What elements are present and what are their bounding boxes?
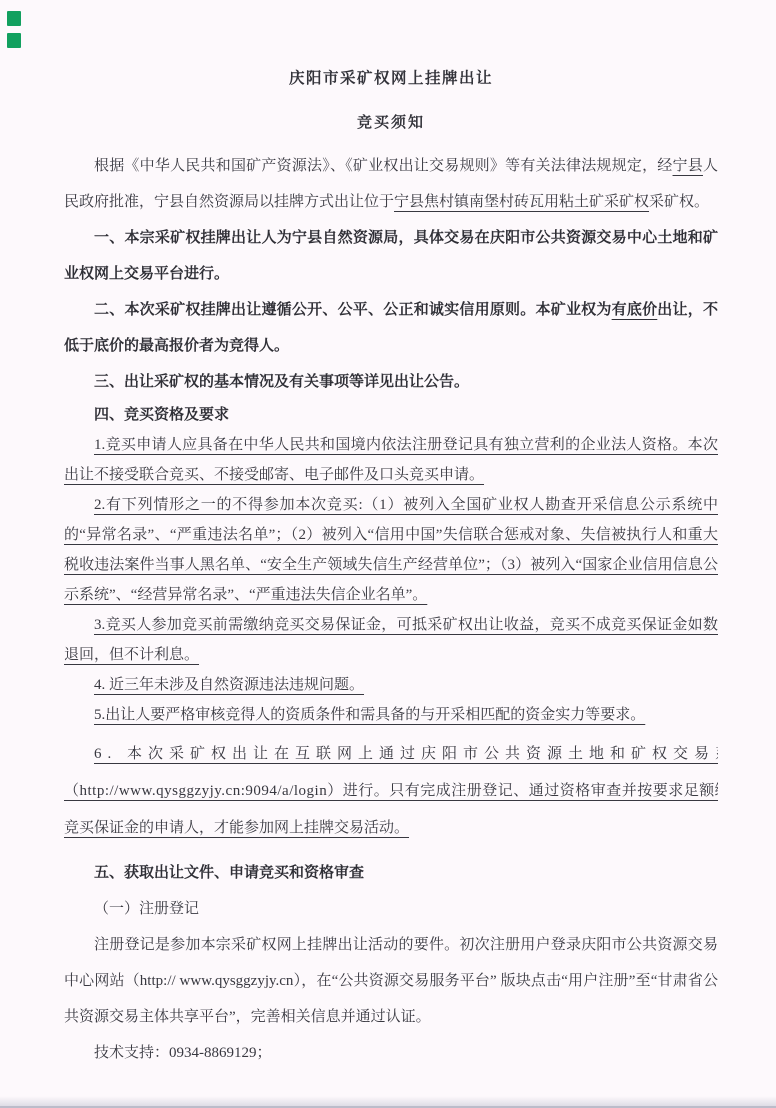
tech-support-line: 技术支持：0934-8869129； bbox=[64, 1035, 718, 1071]
requirement-6-line-3: 竞买保证金的申请人，才能参加网上挂牌交易活动。 bbox=[64, 810, 718, 847]
underline-approving-county: 宁县 bbox=[673, 158, 703, 174]
requirement-2-text: 2.有下列情形之一的不得参加本次竞买:（1）被列入全国矿业权人勘查开采信息公示系… bbox=[64, 497, 718, 603]
requirement-3: 3.竞买人参加竞买前需缴纳竞买交易保证金，可抵采矿权出让收益，竞买不成竞买保证金… bbox=[64, 610, 718, 670]
requirement-5: 5.出让人要严格审核竞得人的资质条件和需具备的与开采相匹配的资金实力等要求。 bbox=[64, 700, 718, 730]
green-corner-mark-icon bbox=[7, 11, 21, 26]
requirement-6-line-1-text: 6. 本次采矿权出让在互联网上通过庆阳市公共资源土地和矿权交易系统 bbox=[94, 746, 718, 762]
requirement-4-text: 4. 近三年未涉及自然资源违法违规问题。 bbox=[94, 677, 364, 693]
requirement-1: 1.竞买申请人应具备在中华人民共和国境内依法注册登记具有独立营利的企业法人资格。… bbox=[64, 430, 718, 490]
requirement-6-line-3-text: 竞买保证金的申请人，才能参加网上挂牌交易活动。 bbox=[64, 820, 409, 836]
requirement-5-text: 5.出让人要严格审核竞得人的资质条件和需具备的与开采相匹配的资金实力等要求。 bbox=[94, 707, 645, 723]
requirement-6-line-1: 6. 本次采矿权出让在互联网上通过庆阳市公共资源土地和矿权交易系统 bbox=[64, 736, 718, 773]
scan-bottom-edge bbox=[0, 1096, 776, 1108]
section-4-heading: 四、竞买资格及要求 bbox=[64, 400, 718, 430]
section-5-heading: 五、获取出让文件、申请竞买和资格审查 bbox=[64, 855, 718, 891]
registration-paragraph: 注册登记是参加本宗采矿权网上挂牌出让活动的要件。初次注册用户登录庆阳市公共资源交… bbox=[64, 927, 718, 1035]
document-title: 庆阳市采矿权网上挂牌出让 bbox=[64, 68, 718, 90]
requirement-2: 2.有下列情形之一的不得参加本次竞买:（1）被列入全国矿业权人勘查开采信息公示系… bbox=[64, 490, 718, 610]
green-corner-mark-icon bbox=[7, 33, 21, 48]
document-subtitle: 竞买须知 bbox=[64, 112, 718, 134]
requirement-6-line-2-text: （http://www.qysggzyjy.cn:9094/a/login）进行… bbox=[64, 783, 718, 799]
intro-text-3: 采矿权。 bbox=[649, 194, 709, 210]
requirement-3-text: 3.竞买人参加竞买前需缴纳竞买交易保证金，可抵采矿权出让收益，竞买不成竞买保证金… bbox=[64, 617, 718, 663]
requirement-6: 6. 本次采矿权出让在互联网上通过庆阳市公共资源土地和矿权交易系统（http:/… bbox=[64, 736, 718, 847]
intro-text-1: 根据《中华人民共和国矿产资源法》、《矿业权出让交易规则》等有关法律法规规定，经 bbox=[94, 158, 673, 174]
document-page: 庆阳市采矿权网上挂牌出让 竞买须知 根据《中华人民共和国矿产资源法》、《矿业权出… bbox=[0, 0, 776, 1108]
intro-paragraph: 根据《中华人民共和国矿产资源法》、《矿业权出让交易规则》等有关法律法规规定，经宁… bbox=[64, 148, 718, 220]
requirement-4: 4. 近三年未涉及自然资源违法违规问题。 bbox=[64, 670, 718, 700]
clause-2-text-1: 二、本次采矿权挂牌出让遵循公开、公平、公正和诚实信用原则。本矿业权为 bbox=[94, 302, 612, 318]
clause-2-paragraph: 二、本次采矿权挂牌出让遵循公开、公平、公正和诚实信用原则。本矿业权为有底价出让，… bbox=[64, 292, 718, 364]
requirement-6-line-2: （http://www.qysggzyjy.cn:9094/a/login）进行… bbox=[64, 773, 718, 810]
underline-reserve-price: 有底价 bbox=[612, 302, 658, 318]
underline-mine-name: 宁县焦村镇南堡村砖瓦用粘土矿采矿权 bbox=[394, 194, 649, 210]
clause-1-paragraph: 一、本宗采矿权挂牌出让人为宁县自然资源局，具体交易在庆阳市公共资源交易中心土地和… bbox=[64, 220, 718, 292]
requirement-1-text: 1.竞买申请人应具备在中华人民共和国境内依法注册登记具有独立营利的企业法人资格。… bbox=[64, 437, 718, 483]
clause-3-paragraph: 三、出让采矿权的基本情况及有关事项等详见出让公告。 bbox=[64, 364, 718, 400]
subsection-1-heading: （一）注册登记 bbox=[64, 891, 718, 927]
